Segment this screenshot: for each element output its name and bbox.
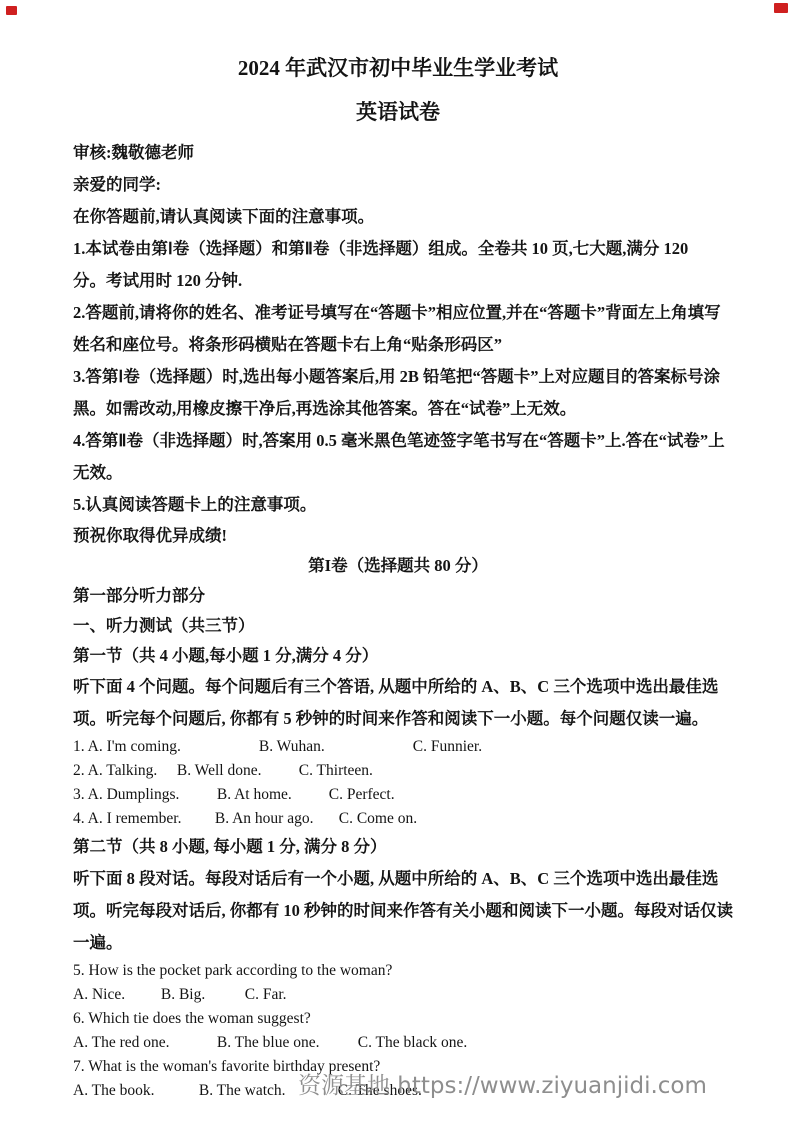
reviewer-line: 审核:魏敬德老师	[73, 137, 723, 169]
item-1-option-c: C. Funnier.	[413, 735, 482, 759]
notice-2-line-2: 姓名和座位号。将条形码横贴在答题卡右上角“贴条形码区”	[73, 329, 723, 361]
question-6-text: 6. Which tie does the woman suggest?	[73, 1007, 723, 1031]
item-4-option-b: B. An hour ago.	[215, 807, 335, 831]
site-watermark: 资源基地 https://www.ziyuanjidi.com	[298, 1067, 707, 1100]
question-5-option-b: B. Big.	[161, 983, 241, 1007]
item-4-option-c: C. Come on.	[339, 807, 417, 831]
section-2-header: 第二节（共 8 小题, 每小题 1 分, 满分 8 分）	[73, 831, 723, 863]
question-7-option-a: A. The book.	[73, 1079, 195, 1103]
item-3-option-c: C. Perfect.	[329, 783, 395, 807]
question-6-option-c: C. The black one.	[358, 1031, 467, 1055]
question-5-text: 5. How is the pocket park according to t…	[73, 959, 723, 983]
item-2-option-b: B. Well done.	[177, 759, 295, 783]
item-3-option-a: 3. A. Dumplings.	[73, 783, 213, 807]
listening-item-3: 3. A. Dumplings. B. At home. C. Perfect.	[73, 783, 723, 807]
item-3-option-b: B. At home.	[217, 783, 325, 807]
wish-line: 预祝你取得优异成绩!	[73, 521, 723, 551]
notice-4-line-1: 4.答第Ⅱ卷（非选择题）时,答案用 0.5 毫米黑色笔迹签字笔书写在“答题卡”上…	[73, 425, 723, 457]
item-1-option-b: B. Wuhan.	[259, 735, 409, 759]
section-1-instructions-line-2: 项。听完每个问题后, 你都有 5 秒钟的时间来作答和阅读下一小题。每个问题仅读一…	[73, 703, 723, 735]
question-6-option-a: A. The red one.	[73, 1031, 213, 1055]
notice-intro: 在你答题前,请认真阅读下面的注意事项。	[73, 201, 723, 233]
section-1-instructions-line-1: 听下面 4 个问题。每个问题后有三个答语, 从题中所给的 A、B、C 三个选项中…	[73, 671, 723, 703]
item-1-option-a: 1. A. I'm coming.	[73, 735, 255, 759]
question-5-options: A. Nice. B. Big. C. Far.	[73, 983, 723, 1007]
section-2-instructions-line-2: 项。听完每段对话后, 你都有 10 秒钟的时间来作答有关小题和阅读下一小题。每段…	[73, 895, 723, 927]
notice-3-line-2: 黑。如需改动,用橡皮擦干净后,再选涂其他答案。答在“试卷”上无效。	[73, 393, 723, 425]
greeting-line: 亲爱的同学:	[73, 169, 723, 201]
question-6-options: A. The red one. B. The blue one. C. The …	[73, 1031, 723, 1055]
notice-5-line: 5.认真阅读答题卡上的注意事项。	[73, 489, 723, 521]
listening-item-2: 2. A. Talking. B. Well done. C. Thirteen…	[73, 759, 723, 783]
listening-item-1: 1. A. I'm coming. B. Wuhan. C. Funnier.	[73, 735, 723, 759]
red-corner-mark-right	[774, 3, 788, 13]
exam-paper-page: 2024 年武汉市初中毕业生学业考试 英语试卷 审核:魏敬德老师 亲爱的同学: …	[0, 0, 795, 1125]
question-5-option-a: A. Nice.	[73, 983, 157, 1007]
part-1-header: 第I卷（选择题共 80 分）	[73, 551, 723, 581]
notice-3-line-1: 3.答第Ⅰ卷（选择题）时,选出每小题答案后,用 2B 铅笔把“答题卡”上对应题目…	[73, 361, 723, 393]
notice-4-line-2: 无效。	[73, 457, 723, 489]
section-1-header: 第一节（共 4 小题,每小题 1 分,满分 4 分）	[73, 641, 723, 671]
item-2-option-c: C. Thirteen.	[299, 759, 373, 783]
item-4-option-a: 4. A. I remember.	[73, 807, 211, 831]
notice-1-line-1: 1.本试卷由第Ⅰ卷（选择题）和第Ⅱ卷（非选择题）组成。全卷共 10 页,七大题,…	[73, 233, 723, 265]
red-corner-mark-left	[6, 6, 17, 15]
question-6-option-b: B. The blue one.	[217, 1031, 354, 1055]
listening-part-header: 第一部分听力部分	[73, 581, 723, 611]
section-2-instructions-line-1: 听下面 8 段对话。每段对话后有一个小题, 从题中所给的 A、B、C 三个选项中…	[73, 863, 723, 895]
exam-subtitle: 英语试卷	[73, 97, 723, 137]
item-2-option-a: 2. A. Talking.	[73, 759, 173, 783]
notice-1-line-2: 分。考试用时 120 分钟.	[73, 265, 723, 297]
section-2-instructions-line-3: 一遍。	[73, 927, 723, 959]
listening-item-4: 4. A. I remember. B. An hour ago. C. Com…	[73, 807, 723, 831]
notice-2-line-1: 2.答题前,请将你的姓名、准考证号填写在“答题卡”相应位置,并在“答题卡”背面左…	[73, 297, 723, 329]
document-content: 2024 年武汉市初中毕业生学业考试 英语试卷 审核:魏敬德老师 亲爱的同学: …	[73, 0, 723, 1103]
exam-title: 2024 年武汉市初中毕业生学业考试	[73, 53, 723, 97]
listening-test-header: 一、听力测试（共三节）	[73, 611, 723, 641]
question-5-option-c: C. Far.	[245, 983, 287, 1007]
